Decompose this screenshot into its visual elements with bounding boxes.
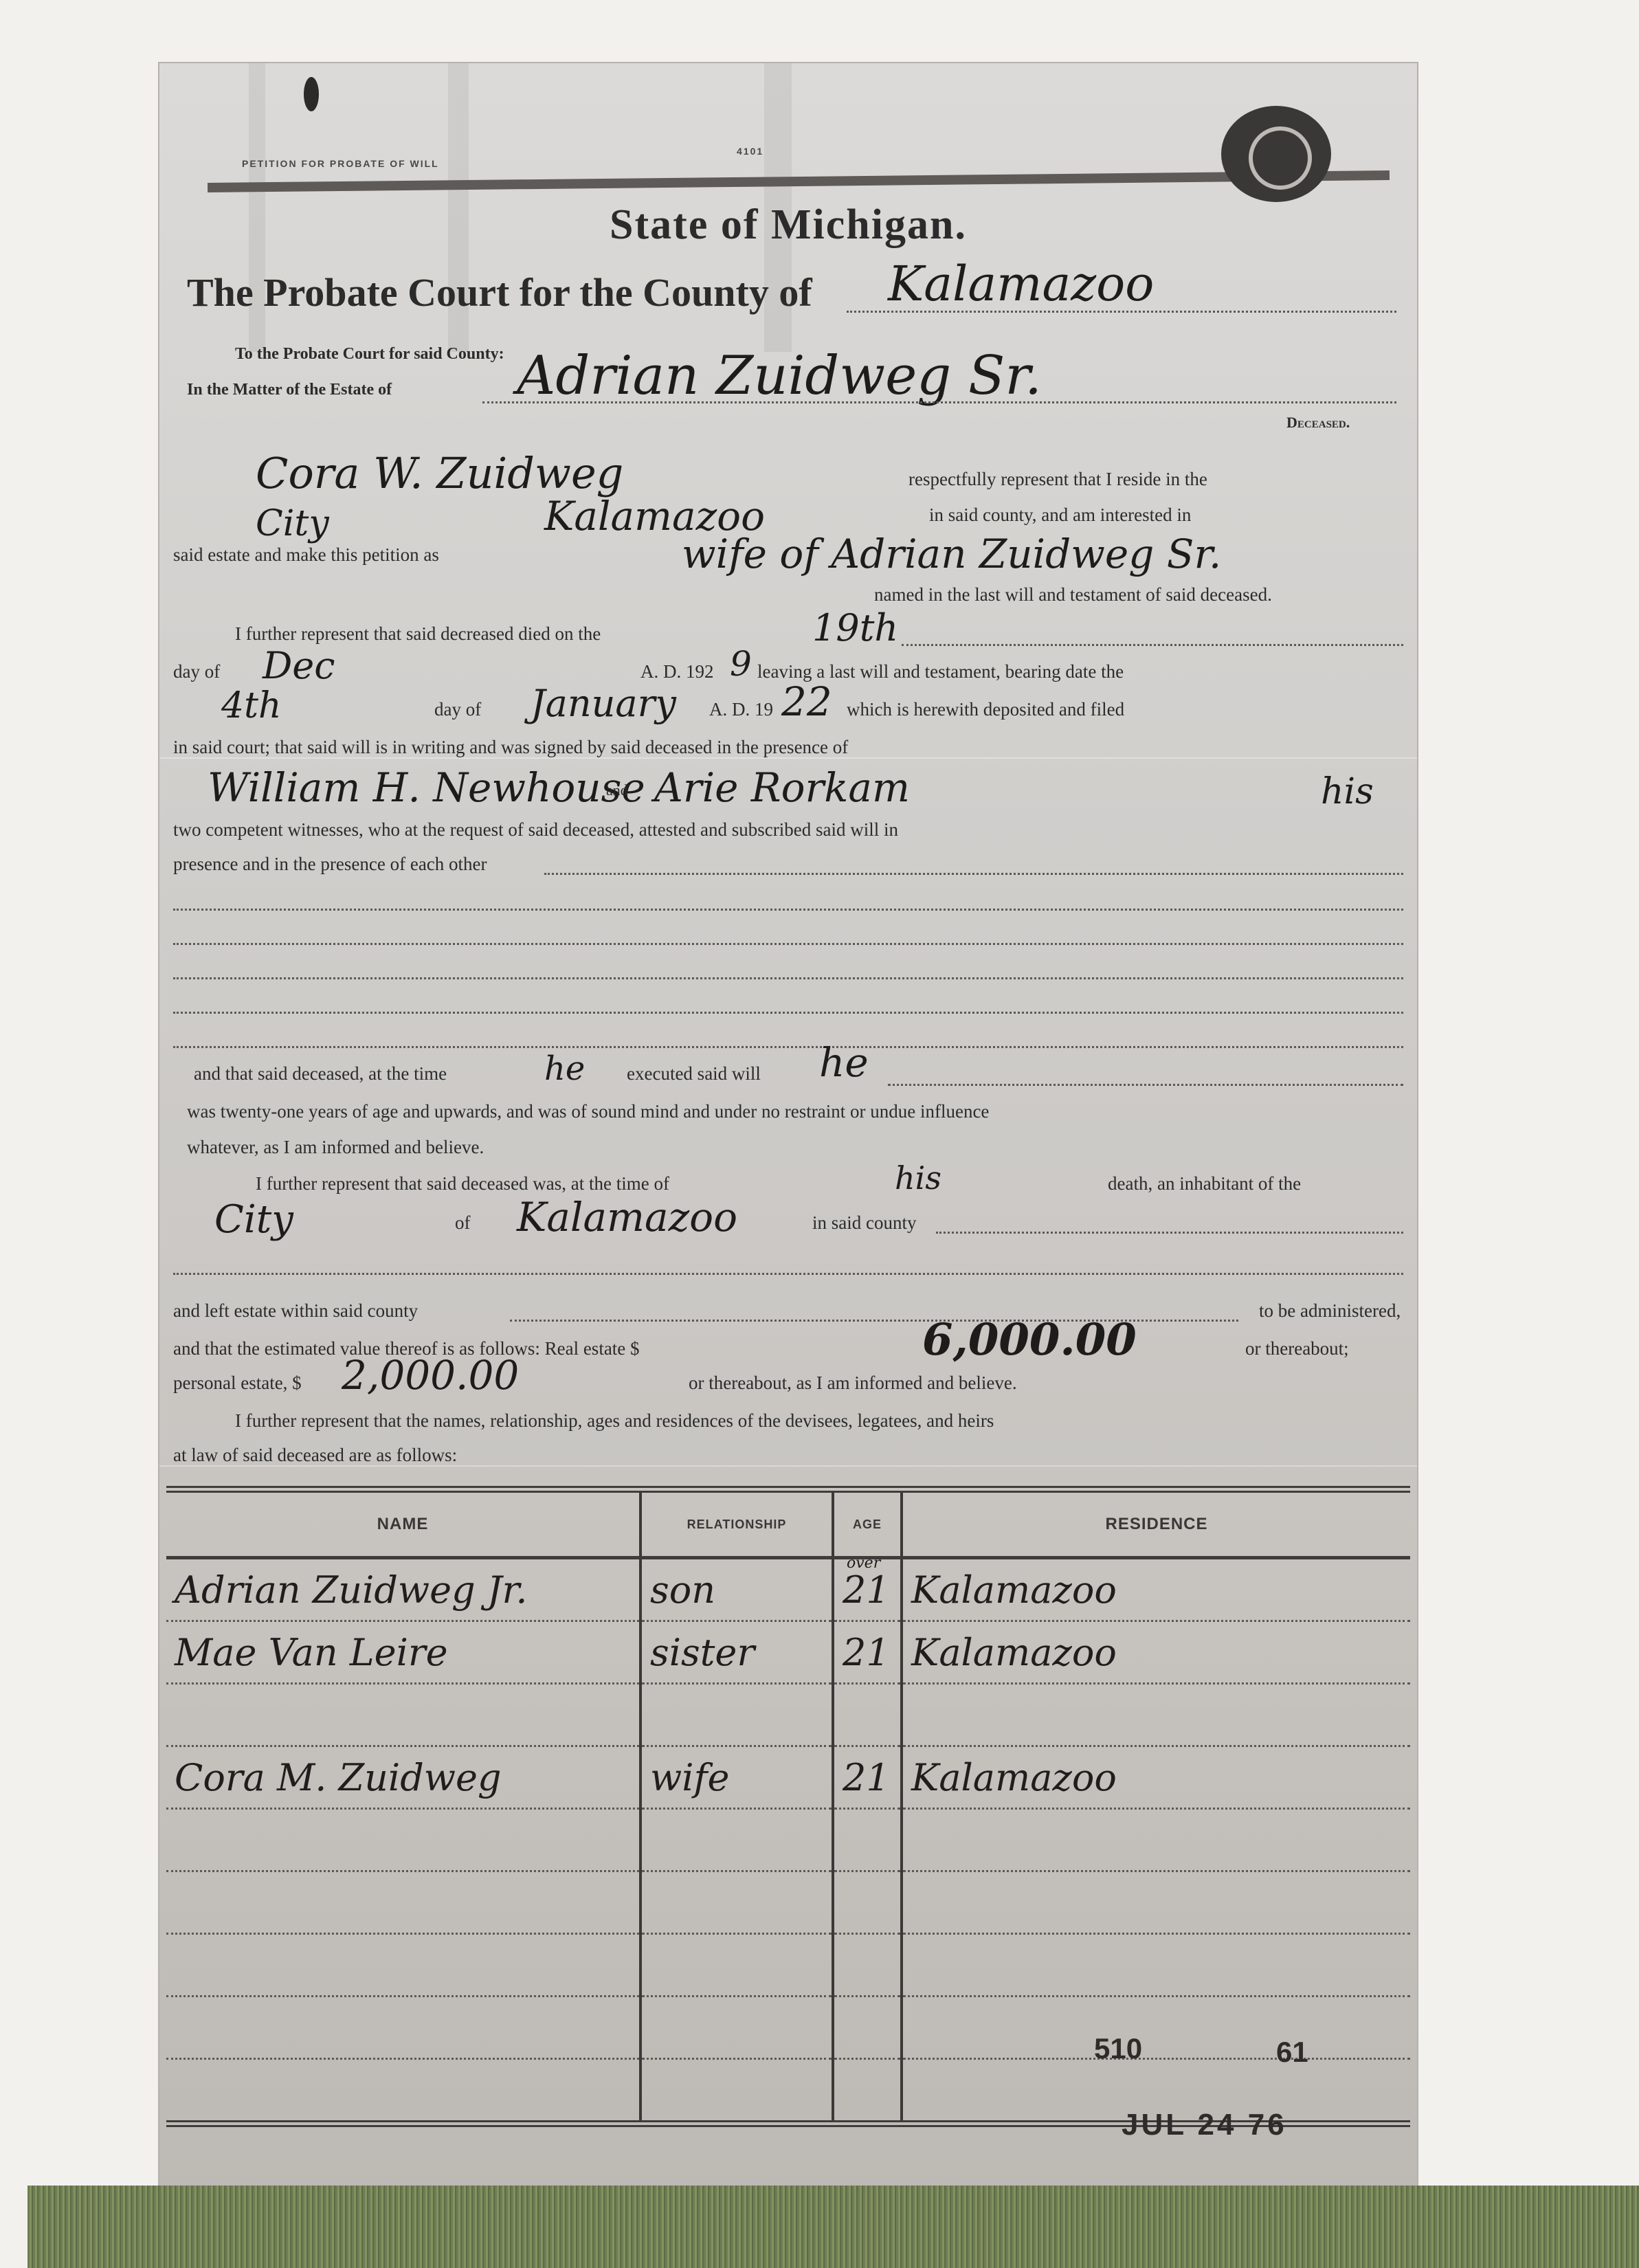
rule bbox=[173, 977, 1403, 979]
capacity-value: wife of Adrian Zuidweg Sr. bbox=[682, 531, 1221, 577]
text-line: A. D. 19 bbox=[709, 699, 773, 720]
text-line: personal estate, $ bbox=[173, 1372, 302, 1394]
will-year: 22 bbox=[781, 678, 832, 725]
deceased-label: Deceased. bbox=[1286, 414, 1350, 432]
will-day: 4th bbox=[221, 685, 281, 726]
date-stamp: JUL 24 76 bbox=[1122, 2108, 1287, 2142]
text-line: day of bbox=[173, 661, 220, 682]
text-line: I further represent that said deceased w… bbox=[256, 1173, 669, 1194]
heir-age bbox=[833, 1997, 902, 2059]
text-line: respectfully represent that I reside in … bbox=[908, 469, 1207, 490]
text-line: I further represent that the names, rela… bbox=[235, 1410, 994, 1432]
text-line: was twenty-one years of age and upwards,… bbox=[187, 1101, 989, 1122]
heir-residence bbox=[902, 1997, 1410, 2059]
text-line: day of bbox=[434, 699, 481, 720]
column-header-name: NAME bbox=[166, 1489, 640, 1558]
text-line: whatever, as I am informed and believe. bbox=[187, 1137, 484, 1158]
heir-residence bbox=[902, 1871, 1410, 1934]
text-line: two competent witnesses, who at the requ… bbox=[173, 819, 898, 841]
heir-relationship: son bbox=[640, 1558, 833, 1621]
rule bbox=[173, 1046, 1403, 1048]
column-header-residence: RESIDENCE bbox=[902, 1489, 1410, 1558]
text-line: or thereabout, as I am informed and beli… bbox=[689, 1372, 1017, 1394]
heir-name bbox=[166, 1684, 640, 1746]
table-row: Mae Van Leire sister 21 Kalamazoo bbox=[166, 1621, 1410, 1684]
margin-note: over bbox=[847, 1555, 880, 1572]
text-line: in said county, and am interested in bbox=[929, 504, 1191, 526]
record-number-left: 510 bbox=[1094, 2032, 1142, 2065]
heir-relationship: wife bbox=[640, 1746, 833, 1809]
pronoun: his bbox=[1321, 771, 1374, 812]
pronoun: his bbox=[895, 1159, 941, 1197]
heir-relationship bbox=[640, 2059, 833, 2124]
heir-name bbox=[166, 1809, 640, 1871]
text-line: of bbox=[455, 1212, 471, 1234]
form-name: PETITION FOR PROBATE OF WILL bbox=[242, 158, 439, 169]
witness-1: William H. Newhouse bbox=[208, 764, 645, 811]
text-line: said estate and make this petition as bbox=[173, 544, 439, 566]
punch-hole bbox=[304, 77, 319, 111]
heir-residence bbox=[902, 1809, 1410, 1871]
heir-residence bbox=[902, 1684, 1410, 1746]
text-line: executed said will bbox=[627, 1063, 761, 1085]
heir-age bbox=[833, 1809, 902, 1871]
text-line: to be administered, bbox=[1259, 1300, 1401, 1322]
heir-age bbox=[833, 2059, 902, 2124]
inhabitant-type: City bbox=[214, 1197, 293, 1242]
residence-type: City bbox=[256, 503, 329, 544]
document-page: PETITION FOR PROBATE OF WILL 4101 State … bbox=[159, 63, 1417, 2194]
column-header-relationship: RELATIONSHIP bbox=[640, 1489, 833, 1558]
rule bbox=[544, 873, 1403, 875]
heir-residence: Kalamazoo bbox=[902, 1621, 1410, 1684]
heir-relationship: sister bbox=[640, 1621, 833, 1684]
table-row bbox=[166, 1871, 1410, 1934]
rule bbox=[482, 401, 1396, 403]
decedent-name: Adrian Zuidweg Sr. bbox=[517, 345, 1042, 407]
heir-name bbox=[166, 1934, 640, 1997]
background-carpet bbox=[27, 2186, 1639, 2268]
header-rule bbox=[208, 170, 1390, 192]
will-month: January bbox=[531, 682, 676, 725]
text-line: death, an inhabitant of the bbox=[1108, 1173, 1301, 1194]
heir-relationship bbox=[640, 1934, 833, 1997]
text-line: presence and in the presence of each oth… bbox=[173, 854, 487, 875]
rule bbox=[173, 909, 1403, 911]
heir-relationship bbox=[640, 1684, 833, 1746]
text-line: I further represent that said decreased … bbox=[235, 623, 601, 645]
heir-relationship bbox=[640, 1997, 833, 2059]
heir-age: 21 bbox=[833, 1621, 902, 1684]
county-value: Kalamazoo bbox=[888, 256, 1154, 312]
real-estate-value: 6,000.00 bbox=[922, 1314, 1137, 1366]
text-line: and left estate within said county bbox=[173, 1300, 418, 1322]
heirs-table: NAME RELATIONSHIP AGE RESIDENCE Adrian Z… bbox=[166, 1486, 1410, 2127]
text-line: at law of said deceased are as follows: bbox=[173, 1445, 457, 1466]
text-line: A. D. 192 bbox=[640, 661, 714, 682]
text-line: which is herewith deposited and filed bbox=[847, 699, 1124, 720]
death-year: 9 bbox=[730, 644, 752, 684]
text-line: and bbox=[606, 781, 628, 799]
table-row bbox=[166, 1684, 1410, 1746]
rule bbox=[173, 1273, 1403, 1275]
rule bbox=[173, 943, 1403, 945]
matter-label: In the Matter of the Estate of bbox=[187, 381, 392, 399]
text-line: in said county bbox=[812, 1212, 916, 1234]
rule bbox=[173, 1012, 1403, 1014]
heir-age bbox=[833, 1934, 902, 1997]
pronoun: he bbox=[819, 1039, 869, 1086]
heir-age: 21 bbox=[833, 1746, 902, 1809]
text-line: in said court; that said will is in writ… bbox=[173, 737, 848, 758]
rule bbox=[902, 644, 1403, 646]
heir-name: Mae Van Leire bbox=[166, 1621, 640, 1684]
court-heading: The Probate Court for the County of bbox=[187, 269, 812, 315]
heir-age bbox=[833, 1684, 902, 1746]
heir-age bbox=[833, 1871, 902, 1934]
heir-residence: Kalamazoo bbox=[902, 1746, 1410, 1809]
form-number: 4101 bbox=[737, 146, 763, 157]
table-row bbox=[166, 1934, 1410, 1997]
text-line: or thereabout; bbox=[1245, 1338, 1349, 1359]
heir-residence bbox=[902, 1934, 1410, 1997]
table-row: Cora M. Zuidweg wife 21 Kalamazoo bbox=[166, 1746, 1410, 1809]
pronoun: he bbox=[544, 1049, 585, 1088]
heir-name bbox=[166, 1997, 640, 2059]
rule bbox=[847, 311, 1396, 313]
salutation: To the Probate Court for said County: bbox=[235, 345, 504, 364]
heir-relationship bbox=[640, 1871, 833, 1934]
death-month: Dec bbox=[263, 644, 335, 687]
inhabitant-place: Kalamazoo bbox=[517, 1194, 737, 1241]
heir-name bbox=[166, 2059, 640, 2124]
table-row bbox=[166, 1997, 1410, 2059]
witness-2: Arie Rorkam bbox=[654, 764, 910, 811]
heir-name bbox=[166, 1871, 640, 1934]
text-line: and that said deceased, at the time bbox=[194, 1063, 447, 1085]
page-title: State of Michigan. bbox=[159, 201, 1417, 249]
heir-residence: Kalamazoo bbox=[902, 1558, 1410, 1621]
table-row bbox=[166, 1809, 1410, 1871]
personal-estate-value: 2,000.00 bbox=[342, 1352, 519, 1399]
heir-name: Cora M. Zuidweg bbox=[166, 1746, 640, 1809]
court-seal-icon bbox=[1221, 106, 1331, 202]
text-line: named in the last will and testament of … bbox=[874, 584, 1272, 605]
table-header-row: NAME RELATIONSHIP AGE RESIDENCE bbox=[166, 1489, 1410, 1558]
petitioner-name: Cora W. Zuidweg bbox=[256, 448, 623, 498]
table-row: Adrian Zuidweg Jr. son 21 Kalamazoo bbox=[166, 1558, 1410, 1621]
rule bbox=[936, 1232, 1403, 1234]
column-header-age: AGE bbox=[833, 1489, 902, 1558]
heir-relationship bbox=[640, 1809, 833, 1871]
death-day: 19th bbox=[812, 606, 898, 649]
rule bbox=[888, 1084, 1403, 1086]
record-number-right: 61 bbox=[1276, 2036, 1308, 2069]
heir-name: Adrian Zuidweg Jr. bbox=[166, 1558, 640, 1621]
